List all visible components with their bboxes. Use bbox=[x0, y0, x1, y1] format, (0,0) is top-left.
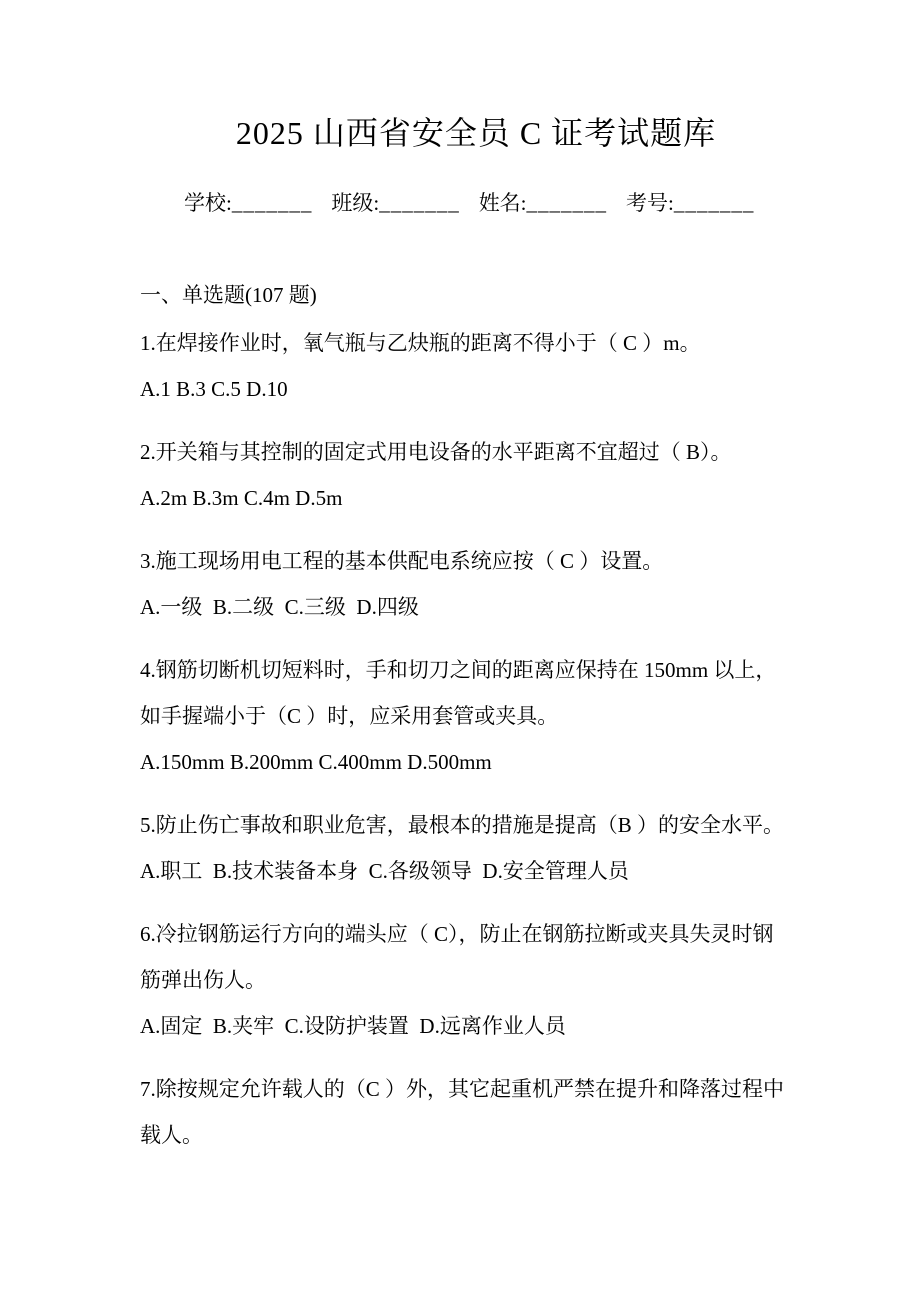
question-6-text-line-1: 6.冷拉钢筋运行方向的端头应（ C），防止在钢筋拉断或夹具失灵时钢 bbox=[140, 911, 812, 957]
field-name-blank: _______ bbox=[527, 191, 608, 215]
section-heading: 一、单选题(107 题) bbox=[140, 272, 812, 318]
question-7-text-line-1: 7.除按规定允许载人的（C ）外，其它起重机严禁在提升和降落过程中 bbox=[140, 1066, 812, 1112]
question-4-text-line-1: 4.钢筋切断机切短料时，手和切刀之间的距离应保持在 150mm 以上， bbox=[140, 647, 812, 693]
field-name-label: 姓名: bbox=[479, 191, 527, 215]
question-6-text-line-2: 筋弹出伤人。 bbox=[140, 957, 812, 1003]
question-3-options: A.一级 B.二级 C.三级 D.四级 bbox=[140, 584, 812, 630]
question-4-options: A.150mm B.200mm C.400mm D.500mm bbox=[140, 739, 812, 785]
exam-document-page: 2025 山西省安全员 C 证考试题库 学校:_______ 班级:______… bbox=[0, 0, 920, 1302]
page-title: 2025 山西省安全员 C 证考试题库 bbox=[140, 108, 812, 154]
question-6: 6.冷拉钢筋运行方向的端头应（ C），防止在钢筋拉断或夹具失灵时钢 筋弹出伤人。… bbox=[140, 911, 812, 1049]
question-3-text: 3.施工现场用电工程的基本供配电系统应按（ C ）设置。 bbox=[140, 538, 812, 584]
field-school-blank: _______ bbox=[232, 191, 313, 215]
field-name: 姓名:_______ bbox=[479, 188, 607, 218]
field-exam-number: 考号:_______ bbox=[626, 188, 754, 218]
question-1-options: A.1 B.3 C.5 D.10 bbox=[140, 366, 812, 412]
field-exam-number-blank: _______ bbox=[674, 191, 755, 215]
question-4-text-line-2: 如手握端小于（C ）时，应采用套管或夹具。 bbox=[140, 693, 812, 739]
field-exam-number-label: 考号: bbox=[626, 191, 674, 215]
question-2-text: 2.开关箱与其控制的固定式用电设备的水平距离不宜超过（ B）。 bbox=[140, 429, 812, 475]
question-1: 1.在焊接作业时，氧气瓶与乙炔瓶的距离不得小于（ C ）m。 A.1 B.3 C… bbox=[140, 320, 812, 412]
question-7-text-line-2: 载人。 bbox=[140, 1112, 812, 1158]
field-class-blank: _______ bbox=[379, 191, 460, 215]
question-5-text: 5.防止伤亡事故和职业危害，最根本的措施是提高（B ）的安全水平。 bbox=[140, 802, 812, 848]
student-info-row: 学校:_______ 班级:_______ 姓名:_______ 考号:____… bbox=[140, 188, 812, 218]
question-7: 7.除按规定允许载人的（C ）外，其它起重机严禁在提升和降落过程中 载人。 bbox=[140, 1066, 812, 1158]
field-school-label: 学校: bbox=[184, 191, 232, 215]
field-class: 班级:_______ bbox=[331, 188, 459, 218]
question-5-options: A.职工 B.技术装备本身 C.各级领导 D.安全管理人员 bbox=[140, 848, 812, 894]
question-4: 4.钢筋切断机切短料时，手和切刀之间的距离应保持在 150mm 以上， 如手握端… bbox=[140, 647, 812, 785]
question-2: 2.开关箱与其控制的固定式用电设备的水平距离不宜超过（ B）。 A.2m B.3… bbox=[140, 429, 812, 521]
question-2-options: A.2m B.3m C.4m D.5m bbox=[140, 475, 812, 521]
field-school: 学校:_______ bbox=[184, 188, 312, 218]
field-class-label: 班级: bbox=[331, 191, 379, 215]
question-3: 3.施工现场用电工程的基本供配电系统应按（ C ）设置。 A.一级 B.二级 C… bbox=[140, 538, 812, 630]
question-1-text: 1.在焊接作业时，氧气瓶与乙炔瓶的距离不得小于（ C ）m。 bbox=[140, 320, 812, 366]
question-6-options: A.固定 B.夹牢 C.设防护装置 D.远离作业人员 bbox=[140, 1003, 812, 1049]
question-5: 5.防止伤亡事故和职业危害，最根本的措施是提高（B ）的安全水平。 A.职工 B… bbox=[140, 802, 812, 894]
